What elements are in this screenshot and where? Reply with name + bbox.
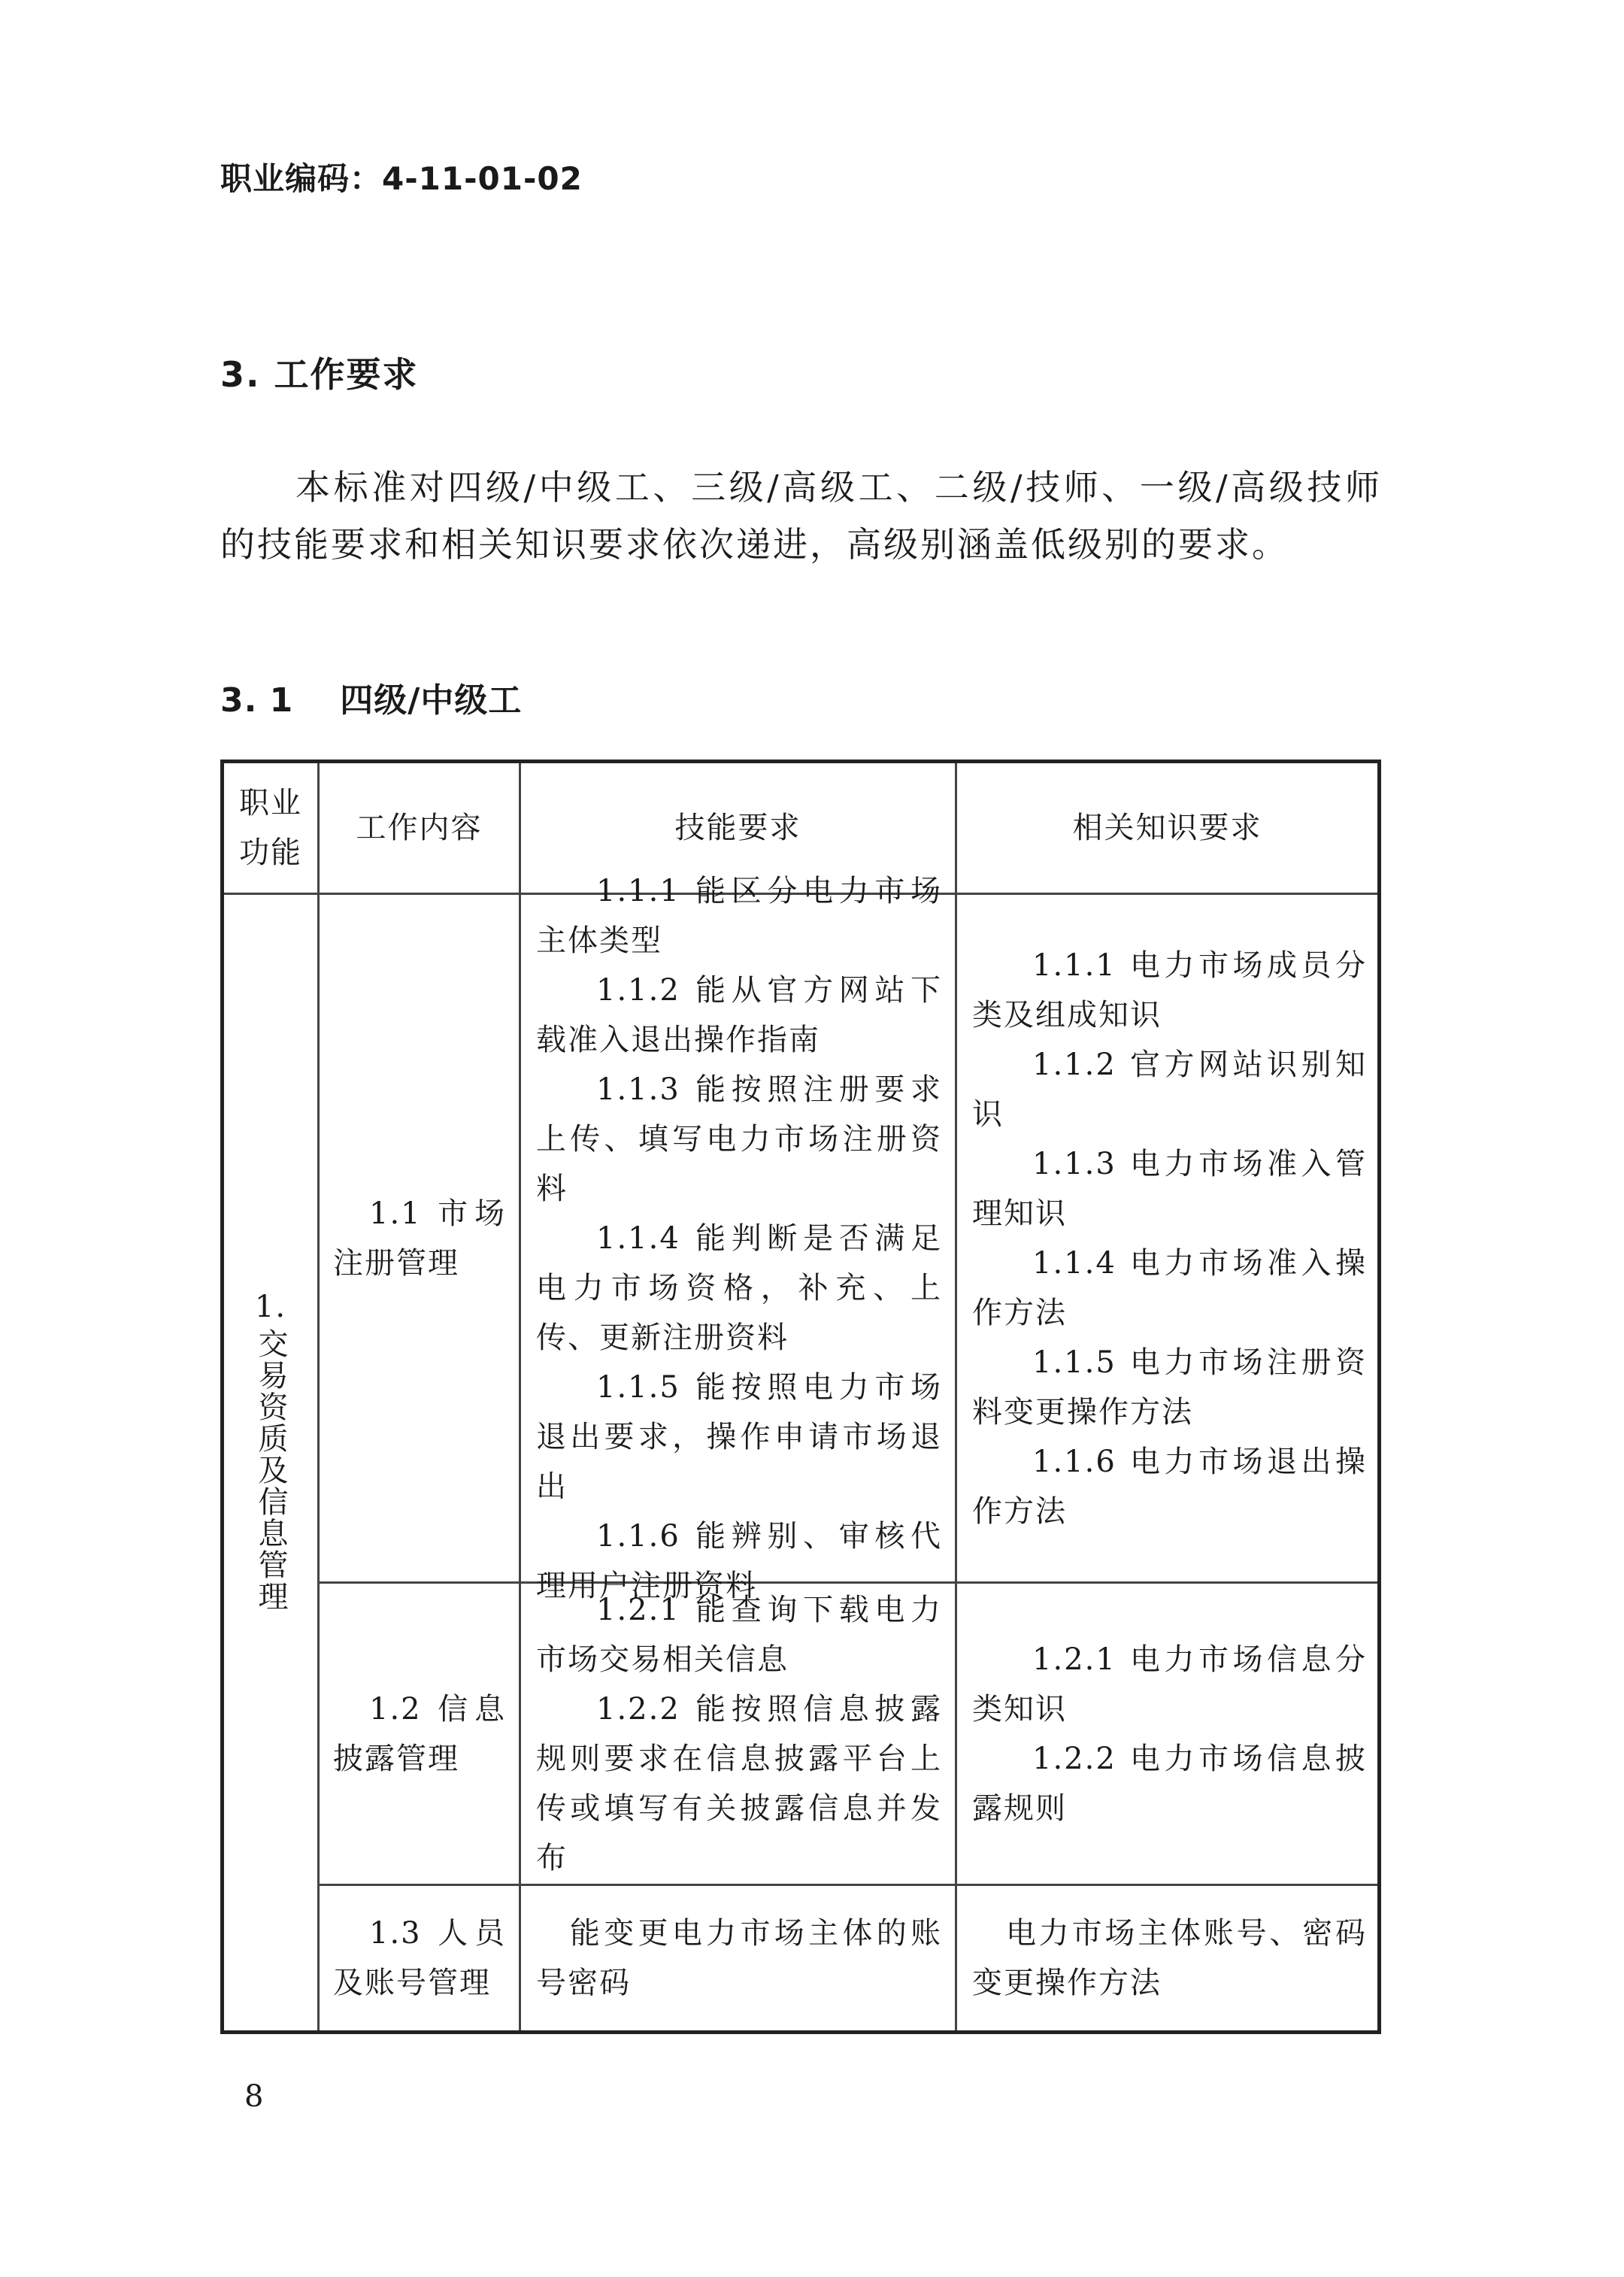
occupation-code-value: 4-11-01-02 [382,160,583,197]
occupation-code: 职业编码：4-11-01-02 [220,154,583,199]
knowledge-item: 1.1.4 电力市场准入操作方法 [972,1239,1367,1338]
skill-item: 1.1.1 能区分电力市场主体类型 [536,866,942,966]
skill-item: 1.2.2 能按照信息披露规则要求在信息披露平台上传或填写有关披露信息并发布 [536,1684,942,1883]
subsection-heading: 3. 1四级/中级工 [220,673,522,721]
work-content-text: 1.3 人员及账号管理 [333,1909,506,2008]
skill-item: 能变更电力市场主体的账号密码 [536,1909,942,2008]
section-intro-paragraph: 本标准对四级/中级工、三级/高级工、二级/技师、一级/高级技师的技能要求和相关知… [220,459,1382,573]
knowledge-item: 1.1.2 官方网站识别知识 [972,1040,1367,1139]
occupation-code-label: 职业编码： [220,160,382,197]
table-row-1-1-knowledge: 1.1.1 电力市场成员分类及组成知识 1.1.2 官方网站识别知识 1.1.3… [972,895,1367,1581]
header-function-line1: 职业 [239,778,302,828]
requirements-table: 职业 功能 工作内容 技能要求 相关知识要求 1. 交易资质及信息管理 1.1 … [220,760,1381,2034]
table-row-1-2-knowledge: 1.2.1 电力市场信息分类知识 1.2.2 电力市场信息披露规则 [972,1584,1367,1884]
section-heading: 3. 工作要求 [220,347,419,397]
table-row-1-3-work-content: 1.3 人员及账号管理 [333,1886,506,2030]
skill-item: 1.1.4 能判断是否满足电力市场资格，补充、上传、更新注册资料 [536,1214,942,1363]
knowledge-item: 1.1.5 电力市场注册资料变更操作方法 [972,1338,1367,1437]
page-number: 8 [244,2079,263,2114]
column-divider [955,763,957,2030]
column-divider [519,763,521,2030]
table-row-1-3-knowledge: 电力市场主体账号、密码变更操作方法 [972,1886,1367,2030]
subsection-title: 四级/中级工 [340,681,522,720]
header-function-line2: 功能 [239,828,302,878]
table-row-1-3-skills: 能变更电力市场主体的账号密码 [536,1886,942,2030]
skill-item: 1.1.2 能从官方网站下载准入退出操作指南 [536,966,942,1065]
function-group-title: 交易资质及信息管理 [256,1328,286,1612]
function-group-cell: 1. 交易资质及信息管理 [224,895,317,2030]
knowledge-item: 1.1.1 电力市场成员分类及组成知识 [972,941,1367,1040]
knowledge-item: 1.2.2 电力市场信息披露规则 [972,1734,1367,1833]
header-cell-function: 职业 功能 [224,763,317,893]
skill-item: 1.1.5 能按照电力市场退出要求，操作申请市场退出 [536,1363,942,1511]
column-divider [317,763,320,2030]
knowledge-item: 电力市场主体账号、密码变更操作方法 [972,1909,1367,2008]
header-cell-work-content: 工作内容 [320,763,519,893]
knowledge-item: 1.2.1 电力市场信息分类知识 [972,1635,1367,1734]
section-title: 工作要求 [274,354,419,395]
section-number: 3. [220,354,260,395]
skill-item: 1.2.1 能查询下载电力市场交易相关信息 [536,1585,942,1684]
table-row-1-2-work-content: 1.2 信息披露管理 [333,1584,506,1884]
work-content-text: 1.1 市场注册管理 [333,1189,506,1288]
subsection-number: 3. 1 [220,681,293,720]
table-row-1-1-work-content: 1.1 市场注册管理 [333,895,506,1581]
function-group-number: 1. [255,1286,286,1328]
knowledge-item: 1.1.3 电力市场准入管理知识 [972,1139,1367,1239]
work-content-text: 1.2 信息披露管理 [333,1684,506,1784]
knowledge-item: 1.1.6 电力市场退出操作方法 [972,1437,1367,1536]
table-row-1-1-skills: 1.1.1 能区分电力市场主体类型 1.1.2 能从官方网站下载准入退出操作指南… [536,895,942,1581]
skill-item: 1.1.3 能按照注册要求上传、填写电力市场注册资料 [536,1065,942,1214]
header-cell-knowledge: 相关知识要求 [957,763,1377,893]
table-row-1-2-skills: 1.2.1 能查询下载电力市场交易相关信息 1.2.2 能按照信息披露规则要求在… [536,1584,942,1884]
